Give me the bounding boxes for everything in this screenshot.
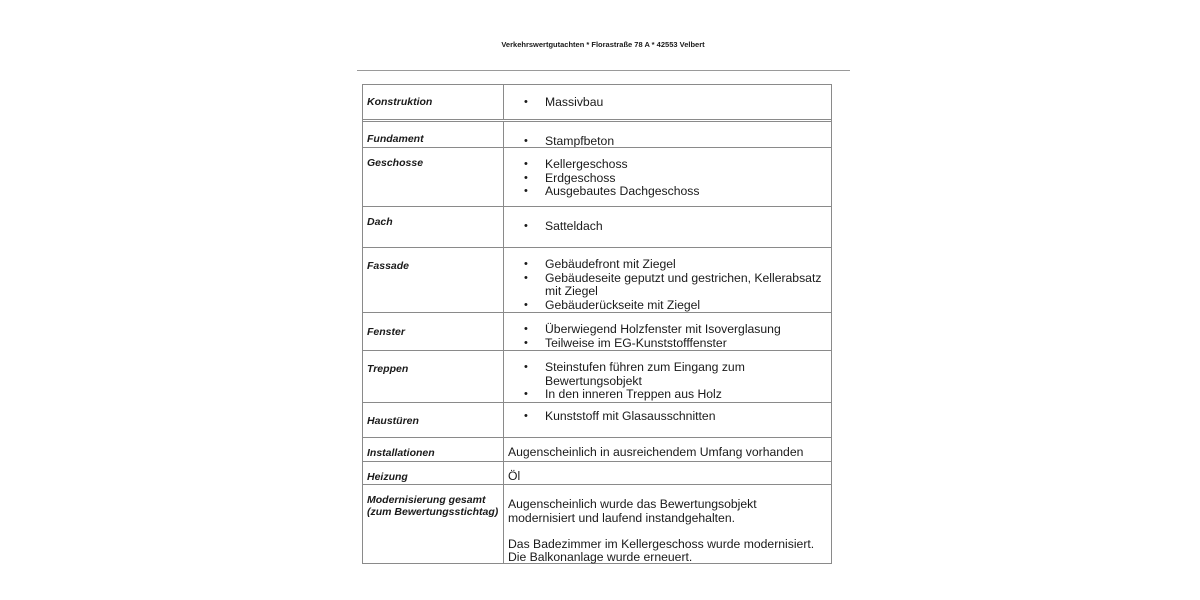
table-row: Haustüren Kunststoff mit Glasausschnitte…: [363, 402, 831, 437]
row-value: Stampfbeton: [504, 122, 831, 147]
list-item: In den inneren Treppen aus Holz: [524, 388, 751, 402]
row-label: Installationen: [363, 438, 504, 461]
row-value: Augenscheinlich wurde das Bewertungsobje…: [504, 485, 831, 563]
row-value: Gebäudefront mit Ziegel Gebäudeseite gep…: [504, 248, 831, 312]
document-header: Verkehrswertgutachten * Florastraße 78 A…: [0, 40, 1200, 49]
row-label: Heizung: [363, 462, 504, 484]
list-item: Teilweise im EG-Kunststofffenster: [524, 337, 827, 351]
row-label: Fassade: [363, 248, 504, 312]
row-label: Dach: [363, 207, 504, 247]
table-row: Treppen Steinstufen führen zum Eingang z…: [363, 350, 831, 402]
table-row: Installationen Augenscheinlich in ausrei…: [363, 437, 831, 461]
list-item: Satteldach: [524, 220, 827, 234]
row-value: Kellergeschoss Erdgeschoss Ausgebautes D…: [504, 148, 831, 206]
list-item: Steinstufen führen zum Eingang zum Bewer…: [524, 361, 751, 388]
list-item: Kellergeschoss: [524, 158, 827, 172]
row-value: Steinstufen führen zum Eingang zum Bewer…: [504, 351, 831, 402]
list-item: Massivbau: [524, 96, 827, 110]
table-row: Heizung Öl: [363, 461, 831, 484]
row-label: Geschosse: [363, 148, 504, 206]
row-label: Fundament: [363, 122, 504, 147]
table-row: Dach Satteldach: [363, 206, 831, 247]
row-label: Fenster: [363, 313, 504, 350]
row-value: Öl: [504, 462, 831, 484]
table-row: Konstruktion Massivbau: [363, 85, 831, 119]
list-item: Gebäudefront mit Ziegel: [524, 258, 827, 272]
list-item: Ausgebautes Dachgeschoss: [524, 185, 827, 199]
table-row: Modernisierung gesamt (zum Bewertungssti…: [363, 484, 831, 563]
table-row: Fassade Gebäudefront mit Ziegel Gebäudes…: [363, 247, 831, 312]
row-value: Überwiegend Holzfenster mit Isoverglasun…: [504, 313, 831, 350]
row-label: Treppen: [363, 351, 504, 402]
row-value: Satteldach: [504, 207, 831, 247]
table-row: Fundament Stampfbeton: [363, 119, 831, 147]
row-value: Augenscheinlich in ausreichendem Umfang …: [504, 438, 831, 461]
header-divider: [357, 70, 850, 71]
list-item: Erdgeschoss: [524, 172, 827, 186]
list-item: Überwiegend Holzfenster mit Isoverglasun…: [524, 323, 827, 337]
row-value: Kunststoff mit Glasausschnitten: [504, 403, 831, 437]
row-label: Modernisierung gesamt (zum Bewertungssti…: [363, 485, 504, 563]
list-item: Kunststoff mit Glasausschnitten: [524, 410, 827, 424]
row-label: Haustüren: [363, 403, 504, 437]
list-item: Gebäudeseite geputzt und gestrichen, Kel…: [524, 272, 827, 299]
row-label: Konstruktion: [363, 85, 504, 119]
table-row: Geschosse Kellergeschoss Erdgeschoss Aus…: [363, 147, 831, 206]
row-value: Massivbau: [504, 85, 831, 119]
list-item: Gebäuderückseite mit Ziegel: [524, 299, 827, 313]
building-description-table: Konstruktion Massivbau Fundament Stampfb…: [362, 84, 832, 564]
table-row: Fenster Überwiegend Holzfenster mit Isov…: [363, 312, 831, 350]
